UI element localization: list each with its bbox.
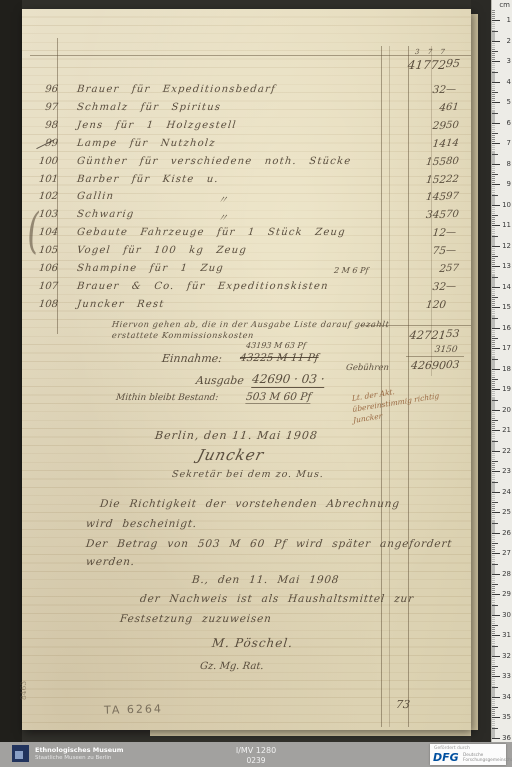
row-description: Shampine für 1 Zug <box>76 263 224 274</box>
ruler-number: 2 <box>507 37 511 45</box>
ruler-tick-cm <box>492 389 500 390</box>
ruler-number: 9 <box>507 180 511 188</box>
ruler-number: 14 <box>502 283 511 291</box>
ruler-tick-cm <box>492 20 500 21</box>
sum-total-mark: 42721 <box>365 328 446 342</box>
row-amount-mark: 75 <box>375 245 446 257</box>
ruler-number: 18 <box>502 365 511 373</box>
row-number: 102 <box>33 191 58 202</box>
ruler-tick-cm <box>492 369 500 370</box>
ruler-mm-ticks <box>492 10 495 738</box>
ruler-number: 1 <box>507 16 511 24</box>
ruler-number: 4 <box>507 78 511 86</box>
row-amount-pfennig: 70 <box>445 209 468 220</box>
ruler-number: 35 <box>502 713 511 721</box>
row-amount-pfennig: 61 <box>445 102 468 113</box>
ruler-tick-half <box>492 215 498 216</box>
ruler-tick-half <box>492 502 498 503</box>
ruler-number: 19 <box>502 385 511 393</box>
row-amount-pfennig: — <box>445 227 468 238</box>
row-margin-note: 2 M 6 Pf <box>334 266 369 275</box>
ruler-tick-half <box>492 92 498 93</box>
ruler-number: 11 <box>502 221 511 229</box>
row-number: 99 <box>33 138 58 149</box>
ruler-tick-cm <box>492 574 500 575</box>
ruler-tick-half <box>492 338 498 339</box>
certification-line1: Die Richtigkeit der vorstehenden Abrechn… <box>99 498 400 510</box>
ledger-row: 107Brauer & Co. für Expeditionskisten32— <box>0 281 512 299</box>
ledger-row: 106Shampine für 1 Zug2 M 6 Pf257 <box>0 263 512 281</box>
ruler-tick-half <box>492 195 498 196</box>
row-amount-pfennig: — <box>445 84 468 95</box>
row-number: 106 <box>33 263 58 274</box>
ruler-number: 10 <box>502 201 511 209</box>
ruler-tick-cm <box>492 184 500 185</box>
row-amount-mark: 29 <box>375 120 446 132</box>
ruler-tick-half <box>492 625 498 626</box>
place-date: Berlin, den 11. Mai 1908 <box>154 429 318 442</box>
einnahme-corrected-value: 43193 M 63 Pf <box>246 341 307 350</box>
ledger-line-sum-sub <box>406 356 464 357</box>
ruler-tick-cm <box>492 635 500 636</box>
row-amount-pfennig: — <box>445 245 468 256</box>
sum-result-pfennig: 03 <box>445 359 470 371</box>
ruler-number: 25 <box>502 508 511 516</box>
ruler-tick-half <box>492 72 498 73</box>
ruler-number: 30 <box>502 611 511 619</box>
archive-pencil-mark: TA 6264 <box>104 702 163 717</box>
ruler-number: 22 <box>502 447 511 455</box>
ruler-tick-half <box>492 420 498 421</box>
ruler-number: 8 <box>507 160 511 168</box>
row-amount-mark: 145 <box>375 191 446 203</box>
ruler-tick-cm <box>492 410 500 411</box>
ruler-tick-cm <box>492 492 500 493</box>
ruler-tick-half <box>492 133 498 134</box>
sum-deduction-mark: 31 <box>365 345 446 355</box>
row-amount-pfennig: 22 <box>445 174 468 185</box>
ruler-tick-cm <box>492 307 500 308</box>
ruler-tick-half <box>492 441 498 442</box>
ruler-tick-cm <box>492 102 500 103</box>
carry-forward-mark: 41772 <box>365 58 446 72</box>
signature-official-title: Gz. Mg. Rat. <box>199 661 264 672</box>
ruler-tick-half <box>492 687 498 688</box>
row-amount-pfennig: 80 <box>445 156 468 167</box>
ruler-tick-cm <box>492 512 500 513</box>
ruler-tick-half <box>492 236 498 237</box>
ruler-number: 29 <box>502 590 511 598</box>
row-description: Gallin <box>76 191 114 202</box>
ledger-row: 98Jens für 1 Holzgestell2950 <box>0 120 512 138</box>
certification-line2: wird bescheinigt. <box>85 518 197 530</box>
ruler-number: 16 <box>502 324 511 332</box>
ruler-unit-label: cm <box>499 1 510 9</box>
row-number: 108 <box>33 299 58 310</box>
ruler-number: 23 <box>502 467 511 475</box>
ruler-tick-cm <box>492 717 500 718</box>
ruler-number: 15 <box>502 303 511 311</box>
ruler-tick-half <box>492 461 498 462</box>
ruler-tick-cm <box>492 246 500 247</box>
dfg-name-line2: Forschungsgemeinschaft <box>463 758 512 763</box>
sum-deduction-pfennig: 50 <box>445 345 470 355</box>
carry-forward-correction: 3 7 7 <box>415 48 449 56</box>
ruler-tick-half <box>492 113 498 114</box>
row-amount-mark: 152 <box>375 174 446 186</box>
bestand-value: 503 M 60 Pf <box>245 391 311 404</box>
ruler-number: 20 <box>502 406 511 414</box>
ruler-tick-cm <box>492 41 500 42</box>
einnahme-label: Einnahme: <box>161 352 222 365</box>
einnahme-struck-value: 43225 M 11 Pf <box>239 352 319 364</box>
row-amount-pfennig: 57 <box>445 263 468 274</box>
ruler-tick-cm <box>492 287 500 288</box>
row-description: Lampe für Nutzholz <box>76 138 216 149</box>
row-number: 100 <box>33 156 58 167</box>
sum-result-mark: 42690 <box>365 359 446 372</box>
ausgabe-label: Ausgabe <box>195 374 244 387</box>
row-amount-pfennig: 14 <box>445 138 468 149</box>
ruler-number: 12 <box>502 242 511 250</box>
ruler-tick-cm <box>492 451 500 452</box>
bestand-label: Mithin bleibt Bestand: <box>115 393 218 403</box>
row-amount-mark: 12 <box>375 227 446 239</box>
ledger-line-header <box>30 55 471 56</box>
ruler-tick-cm <box>492 553 500 554</box>
row-amount-mark: 155 <box>375 156 446 168</box>
signature-secretary: Juncker <box>196 446 266 464</box>
ruler-tick-cm <box>492 594 500 595</box>
signature-official: M. Pöschel. <box>211 636 294 650</box>
edge-vertical-mark: 8463 <box>19 681 28 700</box>
ledger-row: 101Barber für Kiste u.15222 <box>0 174 512 192</box>
row-description: Vogel für 100 kg Zeug <box>76 245 247 256</box>
ruler-number: 21 <box>502 426 511 434</box>
ruler-tick-cm <box>492 164 500 165</box>
row-ditto-mark: 〃 <box>217 209 229 224</box>
ruler-tick-half <box>492 154 498 155</box>
row-number: 97 <box>33 102 58 113</box>
row-description: Brauer & Co. für Expeditionskisten <box>76 281 329 292</box>
ledger-row: 99Lampe für Nutzholz1414 <box>0 138 512 156</box>
dfg-acronym: DFG <box>433 751 459 764</box>
row-number: 96 <box>33 84 58 95</box>
ruler-tick-cm <box>492 430 500 431</box>
ruler-number: 31 <box>502 631 511 639</box>
certification-line3: Der Betrag von 503 M 60 Pf wird später a… <box>85 538 452 550</box>
ruler-number: 27 <box>502 549 511 557</box>
ruler-number: 7 <box>507 139 511 147</box>
ledger-row: 105Vogel für 100 kg Zeug75— <box>0 245 512 263</box>
row-amount-pfennig: 50 <box>445 120 468 131</box>
margin-bracket: ( <box>26 202 41 260</box>
ruler-number: 13 <box>502 262 511 270</box>
ruler-number: 32 <box>502 652 511 660</box>
ruler-tick-half <box>492 564 498 565</box>
row-amount-mark: 4 <box>375 102 446 114</box>
ruler-tick-half <box>492 31 498 32</box>
page-number: 73 <box>395 698 410 711</box>
ruler-number: 24 <box>502 488 511 496</box>
row-amount-mark: 32 <box>375 84 446 96</box>
ruler-tick-cm <box>492 266 500 267</box>
footer-bar: Ethnologisches Museum Staatliche Museen … <box>0 742 512 767</box>
row-number: 107 <box>33 281 58 292</box>
ruler-tick-half <box>492 297 498 298</box>
ruler-tick-cm <box>492 615 500 616</box>
ruler-tick-cm <box>492 348 500 349</box>
row-amount-pfennig: 97 <box>445 191 468 202</box>
row-amount-mark: 32 <box>375 281 446 293</box>
ruler-number: 6 <box>507 119 511 127</box>
dfg-full-name: Deutsche Forschungsgemeinschaft <box>463 753 512 763</box>
ruler-tick-cm <box>492 143 500 144</box>
row-description: Schmalz für Spiritus <box>76 102 221 113</box>
ruler-tick-half <box>492 666 498 667</box>
scan-viewport: 3 7 7 41772 95 96Brauer für Expeditionsb… <box>0 0 512 767</box>
ruler-tick-cm <box>492 225 500 226</box>
ausgabe-value: 42690 · 03 · <box>251 372 325 388</box>
ruler-number: 34 <box>502 693 511 701</box>
row-description: Barber für Kiste u. <box>76 174 219 185</box>
ruler-tick-half <box>492 51 498 52</box>
ruler-tick-half <box>492 523 498 524</box>
ruler-number: 28 <box>502 570 511 578</box>
row-amount-mark: 14 <box>375 138 446 150</box>
row-number: 98 <box>33 120 58 131</box>
ruler-tick-cm <box>492 738 500 739</box>
ruler-number: 26 <box>502 529 511 537</box>
row-amount-mark: 345 <box>375 209 446 221</box>
ruler-tick-cm <box>492 533 500 534</box>
ruler-number: 36 <box>502 734 511 742</box>
row-ditto-mark: 〃 <box>217 191 229 206</box>
ruler-tick-half <box>492 359 498 360</box>
row-number: 101 <box>33 174 58 185</box>
ledger-row: 100Günther für verschiedene noth. Stücke… <box>0 156 512 174</box>
row-amount-mark: 2 <box>375 263 446 275</box>
certification-line4: werden. <box>85 556 135 568</box>
row-description: Gebaute Fahrzeuge für 1 Stück Zeug <box>76 227 346 238</box>
signature-secretary-title: Sekretär bei dem zo. Mus. <box>171 469 324 480</box>
deduction-note-line2: erstattete Kommissionskosten <box>111 330 254 340</box>
ledger-row: 96Brauer für Expeditionsbedarf32— <box>0 84 512 102</box>
ruler-tick-half <box>492 379 498 380</box>
deduction-note-line1: Hiervon gehen ab, die in der Ausgabe Lis… <box>111 319 390 329</box>
ruler-tick-half <box>492 728 498 729</box>
ruler-tick-cm <box>492 676 500 677</box>
ruler-tick-half <box>492 174 498 175</box>
ruler-number: 5 <box>507 98 511 106</box>
row-amount-mark: 120 <box>375 299 446 311</box>
ruler-tick-cm <box>492 61 500 62</box>
ruler-number: 17 <box>502 344 511 352</box>
row-description: Jens für 1 Holzgestell <box>76 120 237 131</box>
ledger-row: 102Gallin〃14597 <box>0 191 512 209</box>
row-description: Juncker Rest <box>76 299 165 310</box>
ruler-tick-cm <box>492 656 500 657</box>
ruler-number: 3 <box>507 57 511 65</box>
ledger-row: 108Juncker Rest120 <box>0 299 512 317</box>
ruler-tick-half <box>492 646 498 647</box>
ruler-tick-half <box>492 318 498 319</box>
ruler-tick-half <box>492 400 498 401</box>
row-description: Schwarig <box>76 209 135 220</box>
ruler-tick-cm <box>492 471 500 472</box>
carry-forward-pfennig: 95 <box>445 57 470 70</box>
ruler-tick-cm <box>492 123 500 124</box>
ruler-tick-half <box>492 277 498 278</box>
certification-line6: Festsetzung zuzuweisen <box>119 613 272 625</box>
ruler-tick-half <box>492 256 498 257</box>
ledger-row: 103Schwarig〃34570 <box>0 209 512 227</box>
ruler-tick-cm <box>492 82 500 83</box>
row-amount-pfennig: — <box>445 281 468 292</box>
ruler-tick-cm <box>492 205 500 206</box>
row-description: Brauer für Expeditionsbedarf <box>76 84 276 95</box>
ruler-tick-half <box>492 482 498 483</box>
ruler-tick-half <box>492 543 498 544</box>
ledger-row: 104Gebaute Fahrzeuge für 1 Stück Zeug12— <box>0 227 512 245</box>
ruler-tick-cm <box>492 697 500 698</box>
ruler-tick-half <box>492 605 498 606</box>
certification-line5: der Nachweis ist als Haushaltsmittel zur <box>139 593 414 605</box>
certification-date: B., den 11. Mai 1908 <box>191 574 339 586</box>
ruler-number: 33 <box>502 672 511 680</box>
ruler-tick-cm <box>492 328 500 329</box>
ruler-tick-half <box>492 707 498 708</box>
row-description: Günther für verschiedene noth. Stücke <box>76 156 352 167</box>
underlying-page-edge-bottom <box>150 729 471 736</box>
sum-total-pfennig: 53 <box>445 328 470 340</box>
dfg-logo: Gefördert durch DFG Deutsche Forschungsg… <box>430 744 506 765</box>
ruler: cm 1234567891011121314151617181920212223… <box>491 0 512 742</box>
ruler-tick-half <box>492 584 498 585</box>
ledger-row: 97Schmalz für Spiritus461 <box>0 102 512 120</box>
